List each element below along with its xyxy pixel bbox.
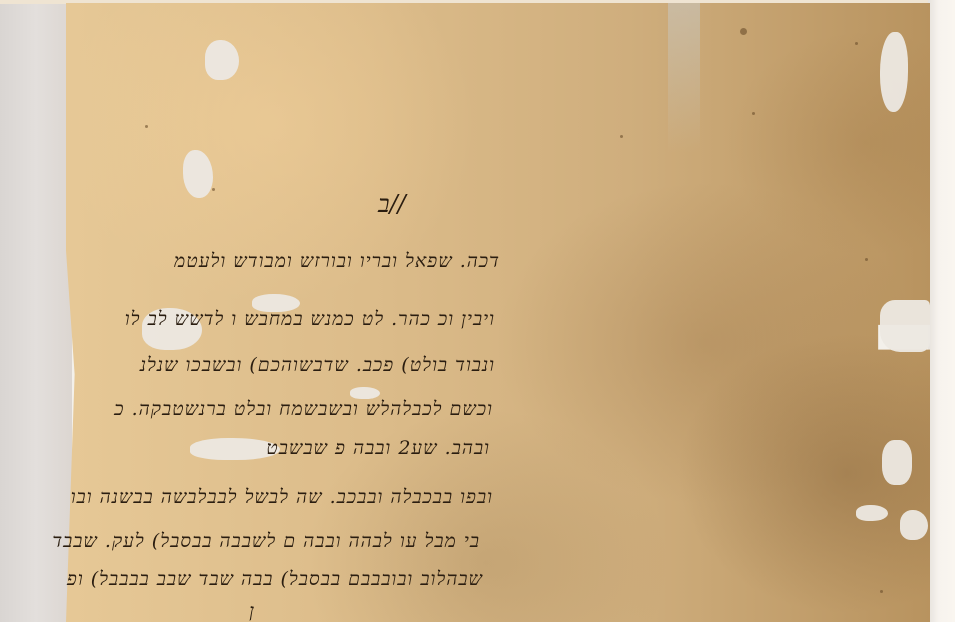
ink-spot xyxy=(855,42,858,45)
backing-left-margin xyxy=(0,0,72,622)
paper-hole xyxy=(880,32,908,112)
ink-spot xyxy=(880,590,883,593)
ink-spot xyxy=(865,258,868,261)
folio-number: ב// xyxy=(378,190,406,219)
ink-spot xyxy=(740,28,747,35)
manuscript-line-3: ונבוד בולט) פכב. שדבשוהכם) ובשבכו שנלנ xyxy=(140,354,495,377)
manuscript-line-1: דכה. שפאל ובריו ובורזש ומבודש ולעטמ xyxy=(174,250,500,273)
manuscript-line-7: בי מבל עו לבהה ובבה ם לשבבה בבסבל) לעק. … xyxy=(52,530,480,553)
paper-hole xyxy=(882,440,912,485)
paper-hole xyxy=(880,300,930,352)
manuscript-line-4: וכשם לכבלהלש ובשבשמח ובלט ברנשטבקה. כ xyxy=(114,398,493,421)
paper-hole xyxy=(205,40,239,80)
manuscript-line-2: ויבין וכ כהר. לט כמנש במחבש ו לדשש לב לו xyxy=(125,308,495,331)
manuscript-line-5: ובהב. שע2 ובבה פ שבשבט xyxy=(266,437,490,460)
ink-spot xyxy=(752,112,755,115)
paper-hole xyxy=(900,510,928,540)
backing-right-margin xyxy=(928,0,955,622)
manuscript-scan: ב// דכה. שפאל ובריו ובורזש ומבודש ולעטמ … xyxy=(0,0,955,622)
manuscript-line-6: ובפו בבכבלה ובבכב. שה לבשל לבבלבשה בבשנה… xyxy=(71,486,493,509)
manuscript-line-8: שבהלוב ובובבבם בבסבל) בבה שבד שבב בבבבל)… xyxy=(67,568,483,591)
fold-crease xyxy=(668,3,700,153)
ink-spot xyxy=(145,125,148,128)
ink-spot xyxy=(212,188,215,191)
manuscript-line-9: ן xyxy=(249,600,255,622)
paper-hole xyxy=(856,505,888,521)
ink-spot xyxy=(620,135,623,138)
